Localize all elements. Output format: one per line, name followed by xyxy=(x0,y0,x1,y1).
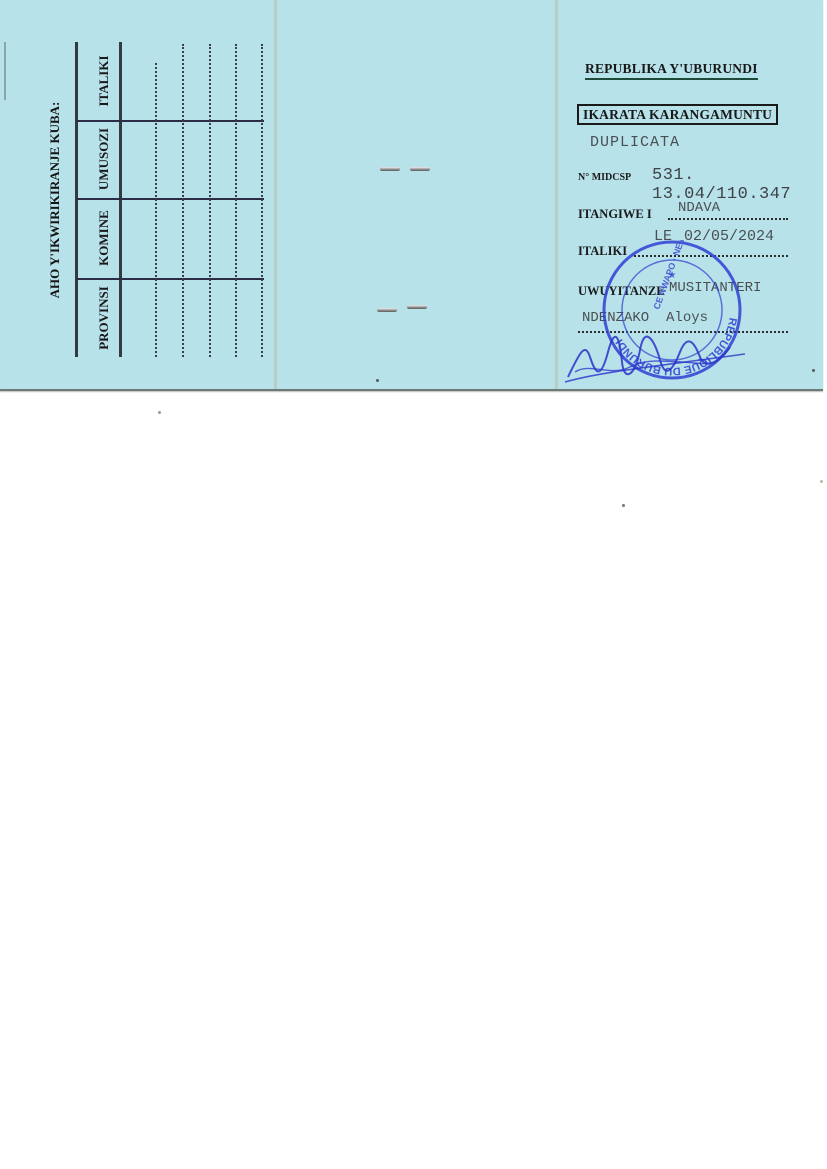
staple-icon xyxy=(380,167,400,171)
fold-line-right xyxy=(555,0,558,389)
staple-icon xyxy=(407,305,427,309)
card-number: 531. 13.04/110.347 xyxy=(652,166,823,204)
scan-speck xyxy=(376,379,379,382)
country-heading: REPUBLIKA Y'UBURUNDI xyxy=(585,61,758,80)
issued-at-dotted-line xyxy=(668,218,788,220)
table-dotted-line xyxy=(182,44,184,357)
staple-icon xyxy=(410,167,430,171)
identity-card: AHO Y'IKWIRIKIRANJE KUBA: PROVINSI KOMIN… xyxy=(0,0,823,391)
issued-at-label: ITANGIWE I xyxy=(578,207,652,222)
table-dotted-line xyxy=(155,63,157,357)
table-dotted-line xyxy=(235,44,237,357)
scan-speck xyxy=(820,480,823,483)
issued-at-value: NDAVA xyxy=(678,200,720,216)
signature-icon xyxy=(560,322,760,387)
card-title: IKARATA KARANGAMUNTU xyxy=(577,104,778,125)
edge-mark xyxy=(4,42,6,100)
scan-speck xyxy=(158,411,161,414)
number-label: N° MIDCSP xyxy=(578,172,631,183)
table-dotted-line xyxy=(209,44,211,357)
duplicate-mark: DUPLICATA xyxy=(590,134,680,151)
fold-line-left xyxy=(274,0,277,389)
scan-speck xyxy=(812,369,815,372)
scan-speck xyxy=(622,504,625,507)
svg-text:★: ★ xyxy=(668,270,677,281)
table-dotted-line xyxy=(261,44,263,357)
staple-icon xyxy=(377,308,397,312)
